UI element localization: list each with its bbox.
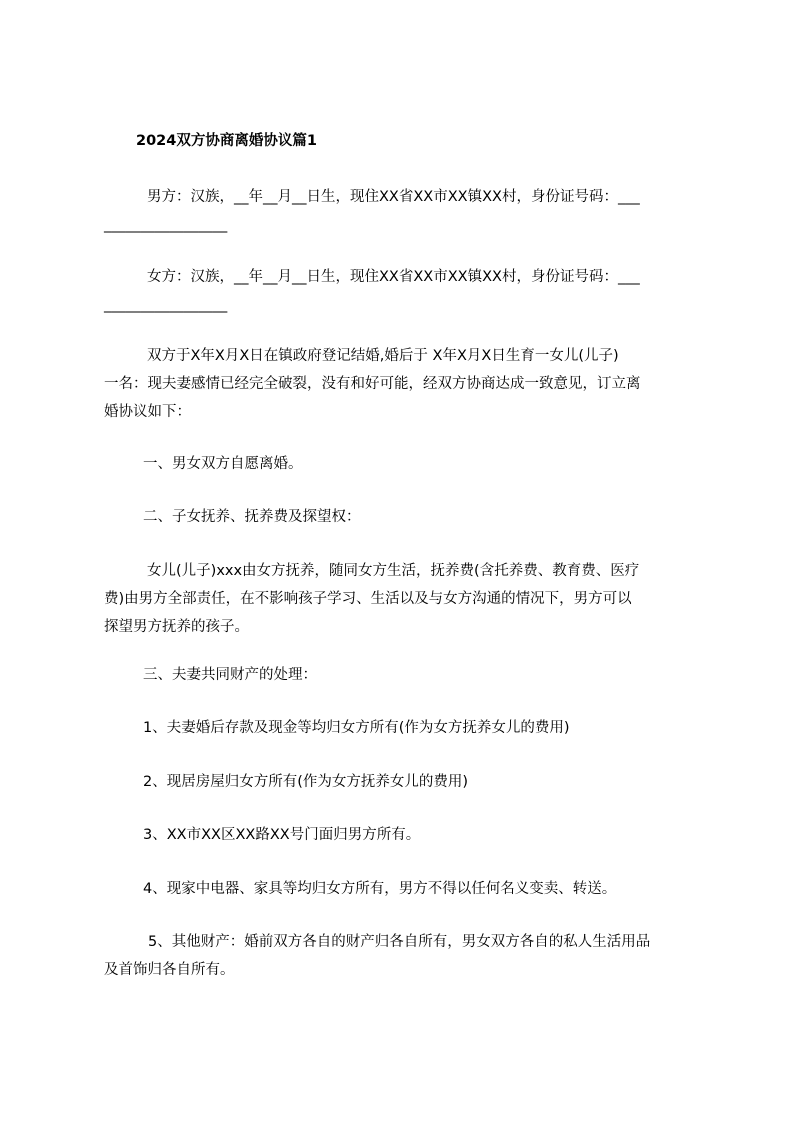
paragraph-intro: 双方于X年X月X日在镇政府登记结婚,婚后于 X年X月X日生育一女儿(儿子) 一名… (104, 342, 704, 426)
document-page: 2024双方协商离婚协议篇1 男方：汉族，__年__月__日生，现住XX省XX市… (0, 0, 793, 1122)
section-heading-3: 三、夫妻共同财产的处理： (104, 661, 704, 689)
document-title: 2024双方协商离婚协议篇1 (136, 131, 317, 151)
section-heading-2: 二、子女抚养、抚养费及探望权： (104, 503, 704, 531)
paragraph-female-party: 女方：汉族，__年__月__日生，现住XX省XX市XX镇XX村，身份证号码：__… (104, 263, 704, 319)
male-party-line-2: _________________ (104, 211, 704, 239)
female-party-line-2: _________________ (104, 291, 704, 319)
property-item-3: 3、XX市XX区XX路XX号门面归男方所有。 (104, 821, 704, 849)
intro-line-3: 婚协议如下： (104, 398, 704, 426)
property-item-5: 5、其他财产：婚前双方各自的财产归各自所有，男女双方各自的私人生活用品 及首饰归… (104, 928, 704, 984)
intro-line-1: 双方于X年X月X日在镇政府登记结婚,婚后于 X年X月X日生育一女儿(儿子) (104, 342, 704, 370)
item5-line-2: 及首饰归各自所有。 (104, 956, 704, 984)
custody-line-3: 探望男方抚养的孩子。 (104, 613, 704, 641)
female-party-line-1: 女方：汉族，__年__月__日生，现住XX省XX市XX镇XX村，身份证号码：__… (104, 263, 704, 291)
male-party-line-1: 男方：汉族，__年__月__日生，现住XX省XX市XX镇XX村，身份证号码：__… (104, 183, 704, 211)
intro-line-2: 一名：现夫妻感情已经完全破裂，没有和好可能，经双方协商达成一致意见，订立离 (104, 370, 704, 398)
custody-line-2: 费)由男方全部责任，在不影响孩子学习、生活以及与女方沟通的情况下，男方可以 (104, 585, 704, 613)
section-heading-1: 一、男女双方自愿离婚。 (104, 450, 704, 478)
paragraph-custody: 女儿(儿子)xxx由女方抚养，随同女方生活，抚养费(含托养费、教育费、医疗 费)… (104, 557, 704, 641)
property-item-4: 4、现家中电器、家具等均归女方所有，男方不得以任何名义变卖、转送。 (104, 875, 704, 903)
property-item-2: 2、现居房屋归女方所有(作为女方抚养女儿的费用) (104, 768, 704, 796)
custody-line-1: 女儿(儿子)xxx由女方抚养，随同女方生活，抚养费(含托养费、教育费、医疗 (104, 557, 704, 585)
property-item-1: 1、夫妻婚后存款及现金等均归女方所有(作为女方抚养女儿的费用) (104, 714, 704, 742)
item5-line-1: 5、其他财产：婚前双方各自的财产归各自所有，男女双方各自的私人生活用品 (104, 928, 704, 956)
paragraph-male-party: 男方：汉族，__年__月__日生，现住XX省XX市XX镇XX村，身份证号码：__… (104, 183, 704, 239)
